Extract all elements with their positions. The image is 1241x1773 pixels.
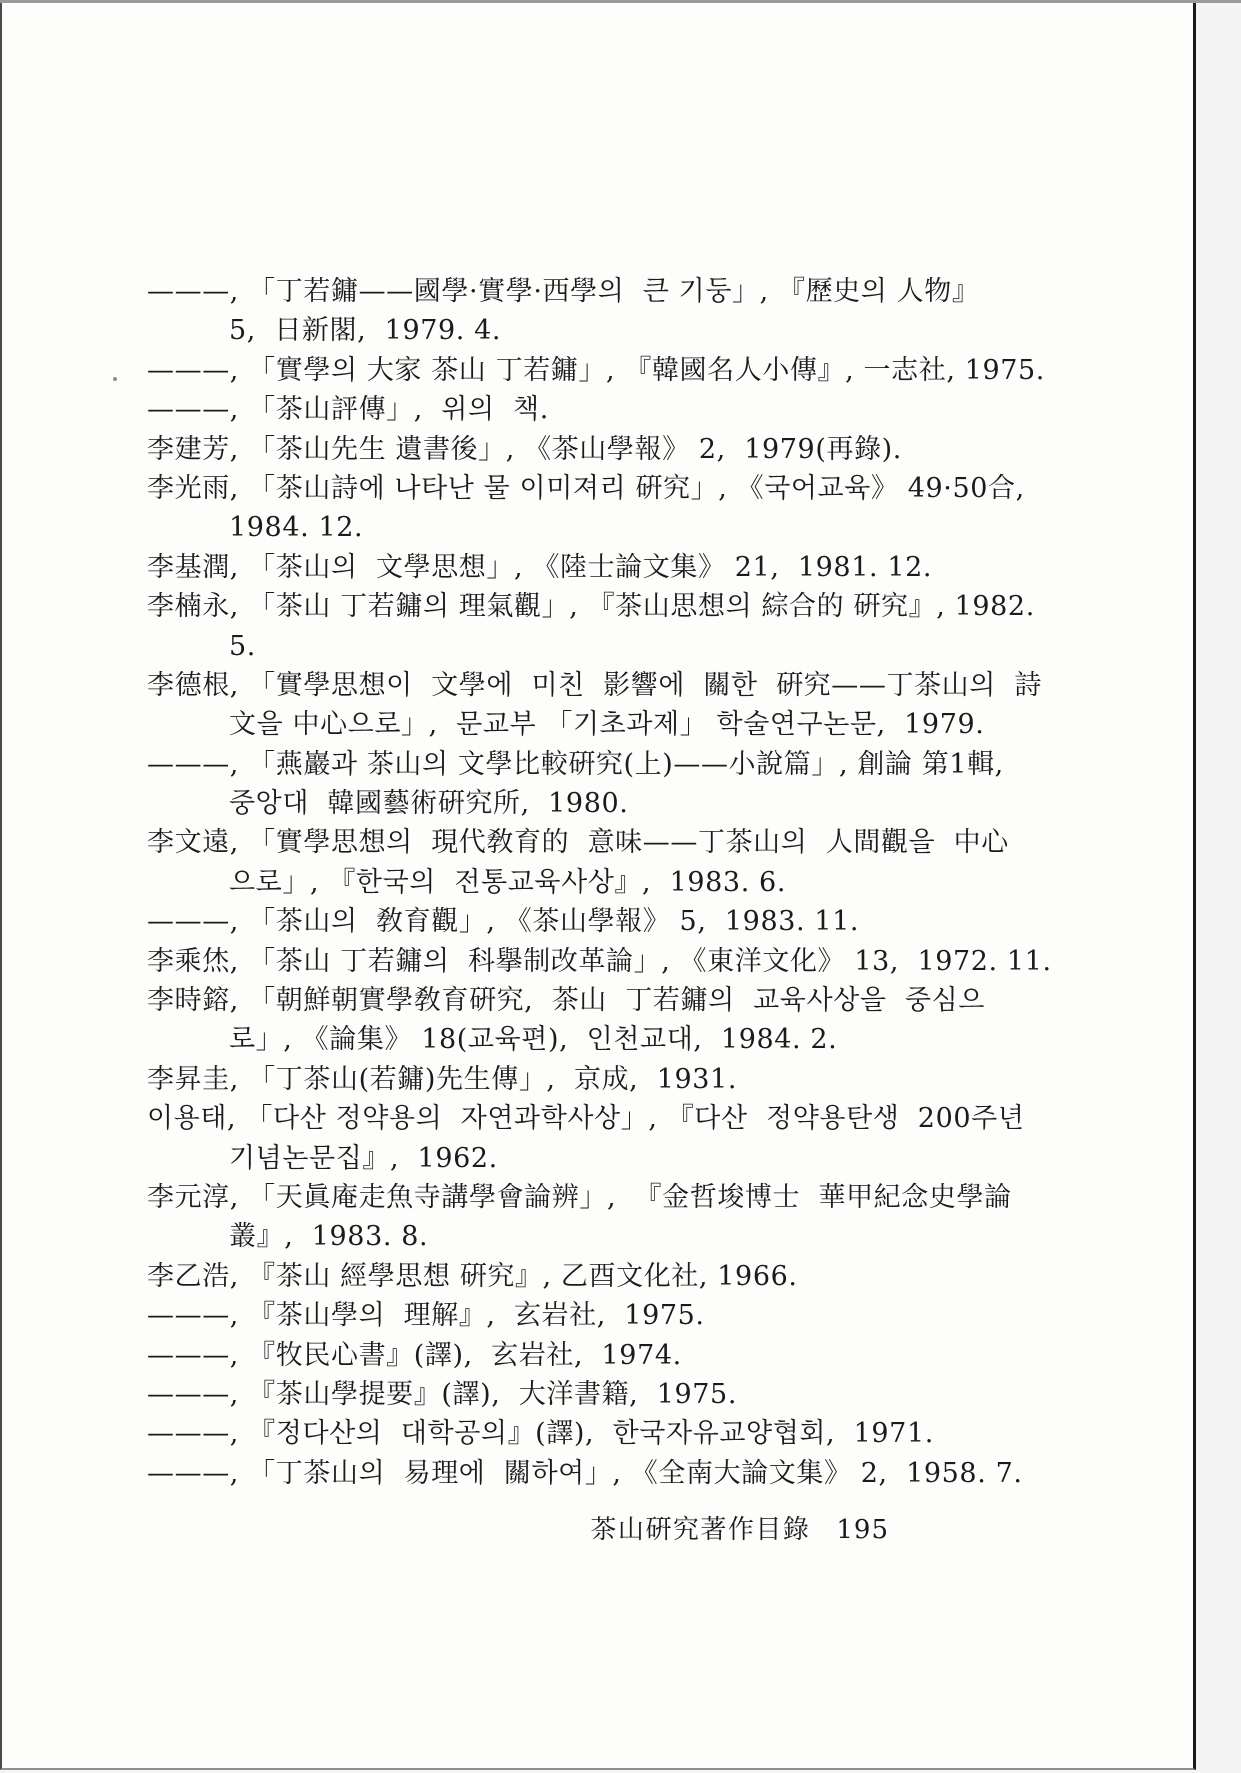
bib-line: ———, 「實學의 大家 茶山 丁若鏞」, 『韓國名人小傳』, 一志社, 197… (147, 351, 1077, 390)
bib-line: 李乙浩, 『茶山 經學思想 硏究』, 乙酉文化社, 1966. (147, 1257, 1077, 1296)
bib-line: 李元淳, 「天眞庵走魚寺講學會論辨」, 『金哲埈博士 華甲紀念史學論 (147, 1178, 1077, 1217)
bib-line: 李乘烋, 「茶山 丁若鏞의 科擧制改革論」, 《東洋文化》 13, 1972. … (147, 942, 1077, 981)
bib-line: 李光雨, 「茶山詩에 나타난 물 이미져리 硏究」, 《국어교육》 49·50合… (147, 469, 1077, 508)
bib-line: 중앙대 韓國藝術硏究所, 1980. (147, 784, 1077, 823)
bib-line: 으로」, 『한국의 전통교육사상』, 1983. 6. (147, 863, 1077, 902)
bib-line: ———, 『茶山學提要』(譯), 大洋書籍, 1975. (147, 1375, 1077, 1414)
page-number: 195 (836, 1515, 889, 1545)
bibliography-list: ———, 「丁若鏞——國學·實學·西學의 큰 기둥」, 『歷史의 人物』5, 日… (147, 272, 1077, 1493)
bib-line: ———, 『정다산의 대학공의』(譯), 한국자유교양협회, 1971. (147, 1414, 1077, 1453)
bib-line: ———, 「燕巖과 茶山의 文學比較硏究(上)——小說篇」, 創論 第1輯, (147, 745, 1077, 784)
bib-line: 李文遠, 「實學思想의 現代敎育的 意味——丁茶山의 人間觀을 中心 (147, 823, 1077, 862)
bib-line: 5. (147, 627, 1077, 666)
page-footer: 茶山硏究著作目錄195 (147, 1509, 889, 1546)
bib-line: ———, 「丁茶山의 易理에 關하여」, 《全南大論文集》 2, 1958. 7… (147, 1454, 1077, 1493)
bib-line: 李德根, 「實學思想이 文學에 미친 影響에 關한 硏究——丁茶山의 詩 (147, 666, 1077, 705)
bib-line: ———, 『茶山學의 理解』, 玄岩社, 1975. (147, 1296, 1077, 1335)
bib-line: ———, 「茶山의 敎育觀」, 《茶山學報》 5, 1983. 11. (147, 902, 1077, 941)
bib-line: 叢』, 1983. 8. (147, 1217, 1077, 1256)
bib-line: 로」, 《論集》 18(교육편), 인천교대, 1984. 2. (147, 1020, 1077, 1059)
bib-line: ———, 『牧民心書』(譯), 玄岩社, 1974. (147, 1336, 1077, 1375)
scan-speck (113, 377, 117, 381)
bib-line: 文을 中心으로」, 문교부 「기초과제」 학술연구논문, 1979. (147, 705, 1077, 744)
bib-line: 李楠永, 「茶山 丁若鏞의 理氣觀」, 『茶山思想의 綜合的 硏究』, 1982… (147, 587, 1077, 626)
bib-line: 기념논문집』, 1962. (147, 1139, 1077, 1178)
bib-line: 李建芳, 「茶山先生 遺書後」, 《茶山學報》 2, 1979(再錄). (147, 430, 1077, 469)
bib-line: 李基潤, 「茶山의 文學思想」, 《陸士論文集》 21, 1981. 12. (147, 548, 1077, 587)
bib-line: 5, 日新閣, 1979. 4. (147, 311, 1077, 350)
bib-line: 李昇圭, 「丁茶山(若鏞)先生傳」, 京成, 1931. (147, 1060, 1077, 1099)
bib-line: 李時鎔, 「朝鮮朝實學敎育硏究, 茶山 丁若鏞의 교육사상을 중심으 (147, 981, 1077, 1020)
bib-line: ———, 「丁若鏞——國學·實學·西學의 큰 기둥」, 『歷史의 人物』 (147, 272, 1077, 311)
book-page: ———, 「丁若鏞——國學·實學·西學의 큰 기둥」, 『歷史의 人物』5, 日… (0, 3, 1196, 1770)
running-title: 茶山硏究著作目錄 (590, 1515, 810, 1545)
bib-line: ———, 「茶山評傳」, 위의 책. (147, 390, 1077, 429)
bib-line: 1984. 12. (147, 508, 1077, 547)
bib-line: 이용태, 「다산 정약용의 자연과학사상」, 『다산 정약용탄생 200주년 (147, 1099, 1077, 1138)
